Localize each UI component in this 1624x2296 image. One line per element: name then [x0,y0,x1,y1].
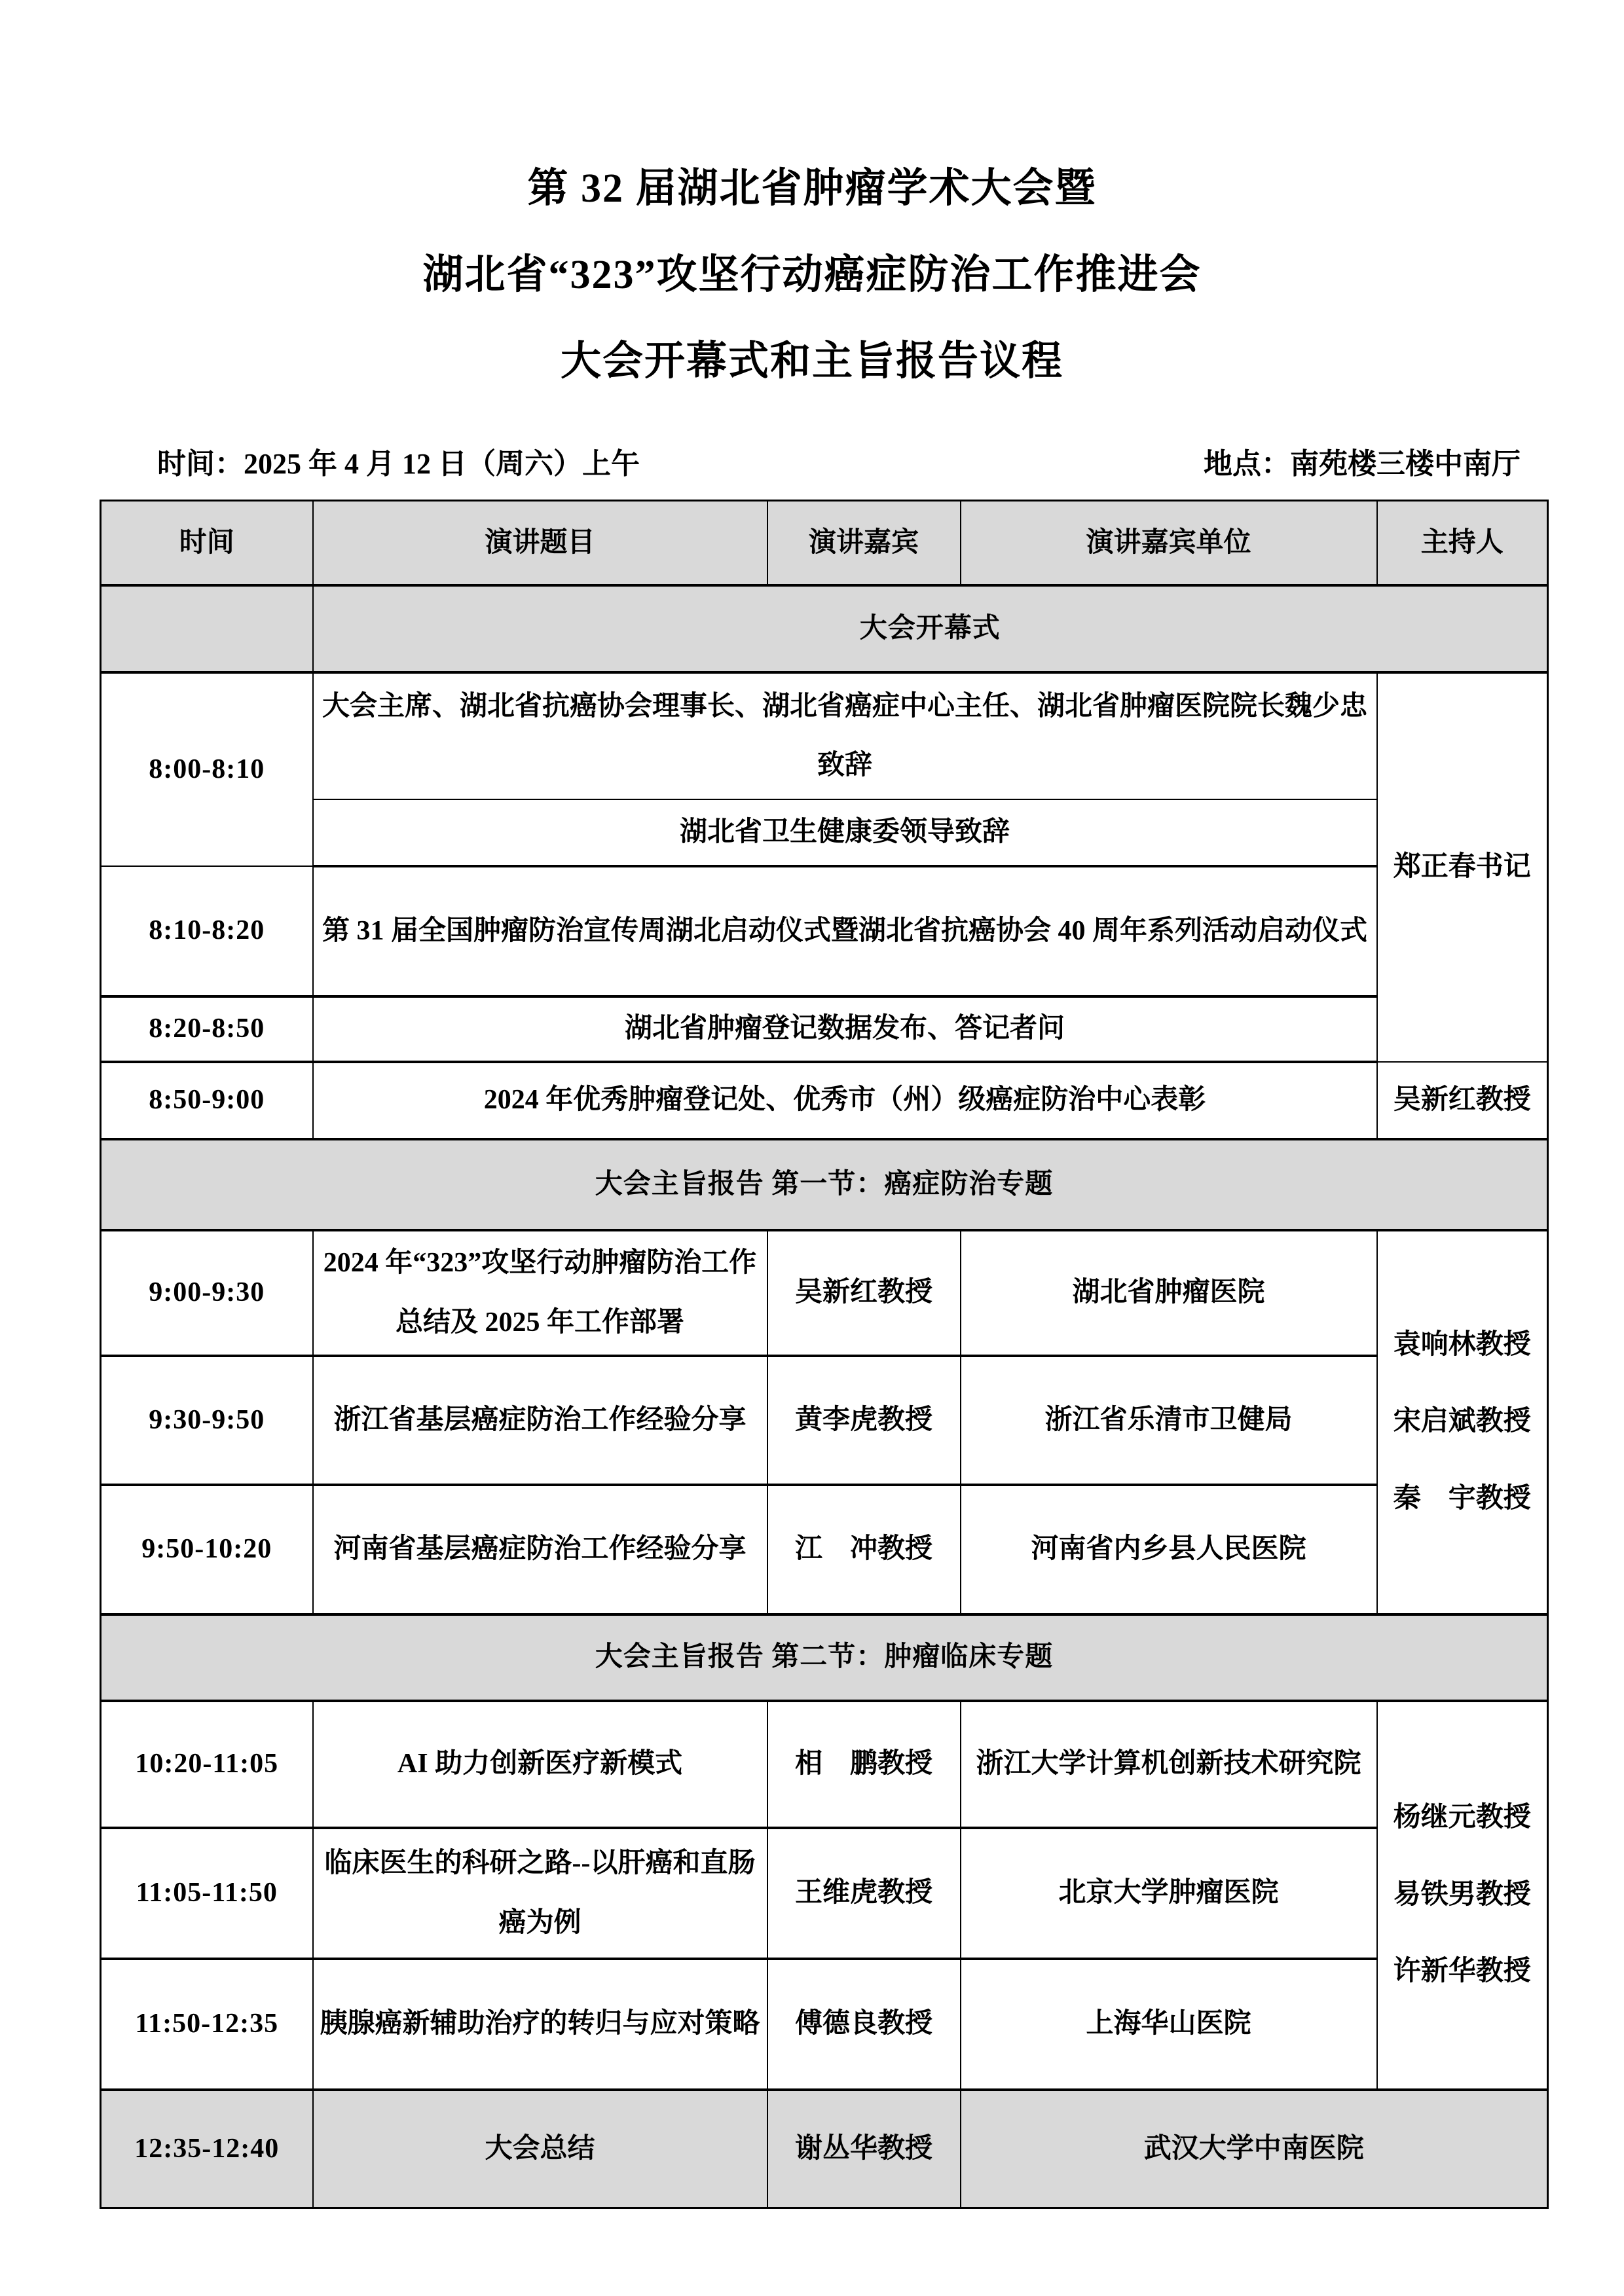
cell-time: 8:20-8:50 [101,996,313,1062]
col-header-host: 主持人 [1377,501,1548,585]
cell-topic: 2024 年“323”攻坚行动肿瘤防治工作总结及 2025 年工作部署 [313,1230,767,1356]
cell-topic: 胰腺癌新辅助治疗的转归与应对策略 [313,1959,767,2090]
host-name: 易铁男教授 [1384,1857,1541,1934]
keynote2-section-label: 大会主旨报告 第二节：肿瘤临床专题 [101,1614,1548,1701]
cell-item: 湖北省卫生健康委领导致辞 [313,799,1377,866]
host-name: 袁响林教授 [1384,1307,1541,1384]
col-header-topic: 演讲题目 [313,501,767,585]
cell-org: 上海华山医院 [961,1959,1377,2090]
col-header-org: 演讲嘉宾单位 [961,501,1377,585]
cell-org: 北京大学肿瘤医院 [961,1828,1377,1959]
cell-time: 8:10-8:20 [101,866,313,996]
cell-org: 湖北省肿瘤医院 [961,1230,1377,1356]
document-title: 第 32 届湖北省肿瘤学术大会暨 湖北省“323”攻坚行动癌症防治工作推进会 大… [0,145,1624,405]
agenda-table: 时间 演讲题目 演讲嘉宾 演讲嘉宾单位 主持人 大会开幕式 8:00-8:10 … [100,500,1549,2209]
host-name: 秦 宇教授 [1384,1461,1541,1538]
cell-topic: 临床医生的科研之路--以肝癌和直肠癌为例 [313,1828,767,1959]
keynote1-section-label: 大会主旨报告 第一节：癌症防治专题 [101,1139,1548,1230]
table-row: 9:00-9:30 2024 年“323”攻坚行动肿瘤防治工作总结及 2025 … [101,1230,1548,1356]
cell-time: 9:30-9:50 [101,1356,313,1485]
cell-item: 2024 年优秀肿瘤登记处、优秀市（州）级癌症防治中心表彰 [313,1062,1377,1139]
closing-row: 12:35-12:40 大会总结 谢丛华教授 武汉大学中南医院 [101,2090,1548,2208]
host-name: 杨继元教授 [1384,1779,1541,1857]
cell-speaker: 谢丛华教授 [767,2090,961,2208]
cell-org: 武汉大学中南医院 [961,2090,1548,2208]
title-line-2: 湖北省“323”攻坚行动癌症防治工作推进会 [0,232,1624,318]
cell-item: 湖北省肿瘤登记数据发布、答记者问 [313,996,1377,1062]
cell-topic: 河南省基层癌症防治工作经验分享 [313,1485,767,1614]
cell-topic: AI 助力创新医疗新模式 [313,1701,767,1828]
table-header-row: 时间 演讲题目 演讲嘉宾 演讲嘉宾单位 主持人 [101,501,1548,585]
cell-time: 9:00-9:30 [101,1230,313,1356]
table-row: 10:20-11:05 AI 助力创新医疗新模式 相 鹏教授 浙江大学计算机创新… [101,1701,1548,1828]
cell-speaker: 江 冲教授 [767,1485,961,1614]
opening-section-label: 大会开幕式 [313,585,1548,672]
keynote1-section-row: 大会主旨报告 第一节：癌症防治专题 [101,1139,1548,1230]
cell-host: 吴新红教授 [1377,1062,1548,1139]
table-row: 9:50-10:20 河南省基层癌症防治工作经验分享 江 冲教授 河南省内乡县人… [101,1485,1548,1614]
cell-topic: 大会总结 [313,2090,767,2208]
host-name: 许新华教授 [1384,1933,1541,2011]
cell-time: 8:00-8:10 [101,672,313,866]
title-line-3: 大会开幕式和主旨报告议程 [0,318,1624,405]
cell-org: 浙江大学计算机创新技术研究院 [961,1701,1377,1828]
cell-host: 袁响林教授 宋启斌教授 秦 宇教授 [1377,1230,1548,1614]
cell-speaker: 吴新红教授 [767,1230,961,1356]
host-name: 宋启斌教授 [1384,1383,1541,1461]
cell-speaker: 王维虎教授 [767,1828,961,1959]
table-row: 11:50-12:35 胰腺癌新辅助治疗的转归与应对策略 傅德良教授 上海华山医… [101,1959,1548,2090]
cell-time: 9:50-10:20 [101,1485,313,1614]
table-row: 湖北省卫生健康委领导致辞 [101,799,1548,866]
keynote2-section-row: 大会主旨报告 第二节：肿瘤临床专题 [101,1614,1548,1701]
table-row: 8:00-8:10 大会主席、湖北省抗癌协会理事长、湖北省癌症中心主任、湖北省肿… [101,672,1548,799]
cell-host: 杨继元教授 易铁男教授 许新华教授 [1377,1701,1548,2090]
cell-time: 11:50-12:35 [101,1959,313,2090]
cell-speaker: 相 鹏教授 [767,1701,961,1828]
cell-topic: 浙江省基层癌症防治工作经验分享 [313,1356,767,1485]
title-line-1: 第 32 届湖北省肿瘤学术大会暨 [0,145,1624,232]
cell-time: 8:50-9:00 [101,1062,313,1139]
meta-row: 时间：2025 年 4 月 12 日（周六）上午 地点：南苑楼三楼中南厅 [100,443,1547,479]
col-header-time: 时间 [101,501,313,585]
table-row: 11:05-11:50 临床医生的科研之路--以肝癌和直肠癌为例 王维虎教授 北… [101,1828,1548,1959]
table-row: 9:30-9:50 浙江省基层癌症防治工作经验分享 黄李虎教授 浙江省乐清市卫健… [101,1356,1548,1485]
opening-section-row: 大会开幕式 [101,585,1548,672]
cell-item: 第 31 届全国肿瘤防治宣传周湖北启动仪式暨湖北省抗癌协会 40 周年系列活动启… [313,866,1377,996]
cell-speaker: 黄李虎教授 [767,1356,961,1485]
meta-location: 地点：南苑楼三楼中南厅 [1204,440,1521,482]
cell-org: 河南省内乡县人民医院 [961,1485,1377,1614]
table-row: 8:20-8:50 湖北省肿瘤登记数据发布、答记者问 [101,996,1548,1062]
conference-agenda-page: { "title": { "line1": "第 32 届湖北省肿瘤学术大会暨"… [0,0,1624,2296]
opening-section-empty-cell [101,585,313,672]
cell-speaker: 傅德良教授 [767,1959,961,2090]
cell-org: 浙江省乐清市卫健局 [961,1356,1377,1485]
cell-host: 郑正春书记 [1377,672,1548,1062]
col-header-speaker: 演讲嘉宾 [767,501,961,585]
cell-time: 12:35-12:40 [101,2090,313,2208]
cell-item: 大会主席、湖北省抗癌协会理事长、湖北省癌症中心主任、湖北省肿瘤医院院长魏少忠致辞 [313,672,1377,799]
cell-time: 11:05-11:50 [101,1828,313,1959]
table-row: 8:10-8:20 第 31 届全国肿瘤防治宣传周湖北启动仪式暨湖北省抗癌协会 … [101,866,1548,996]
cell-time: 10:20-11:05 [101,1701,313,1828]
meta-time: 时间：2025 年 4 月 12 日（周六）上午 [157,440,640,482]
table-row: 8:50-9:00 2024 年优秀肿瘤登记处、优秀市（州）级癌症防治中心表彰 … [101,1062,1548,1139]
